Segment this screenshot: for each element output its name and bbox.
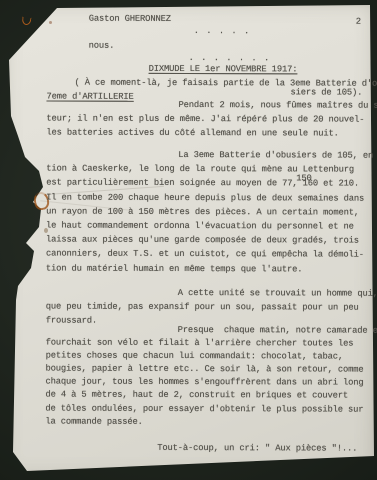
typed-line: de tôles ondulées, pour essayer d'obteni… (45, 402, 374, 416)
typed-line: bougies, papier à lettre etc.. Ce soir l… (46, 363, 375, 377)
paragraph: La 3eme Batterie d'obusiers de 105, en p… (46, 148, 375, 277)
typed-line: tion à Caeskerke, le long de la route qu… (46, 162, 375, 177)
typed-line: la commande passée. (45, 415, 374, 429)
carryover-word: nous. (89, 39, 115, 53)
typed-line: tion du matériel humain en même temps qu… (46, 261, 375, 276)
typed-line: petites choses que chacun lui commandait… (46, 350, 375, 364)
typed-line: que peu timide, pas expansif pour un sou… (46, 300, 375, 315)
author-name: Gaston GHERONNEZ (89, 12, 171, 26)
typed-line: fourchait son vélo et filait à l'arrière… (46, 337, 375, 351)
typed-line: est particulièrement bien soignée au moy… (46, 176, 375, 191)
interlined-correction: 150 (296, 171, 311, 185)
page-number: 2 (356, 15, 361, 29)
typed-line: le haut commandement ordonna l'évacuatio… (46, 219, 375, 234)
typed-line: teur; il n'en est plus de même. J'ai rép… (46, 112, 375, 127)
typed-line: un rayon de 100 à 150 mètres des pièces.… (46, 204, 375, 219)
paragraph: Pendant 2 mois, nous fûmes maîtres du se… (46, 98, 375, 142)
typed-line: laissa aux pièces qu'une garde composée … (46, 233, 375, 248)
separator-dots: . . . . . (194, 24, 251, 38)
typed-line: Pendant 2 mois, nous fûmes maîtres du se… (46, 98, 375, 113)
typed-line: chaque jour, tous les hommes s'engouffrè… (45, 376, 374, 390)
typed-line: Il en tombe 200 chaque heure depuis plus… (46, 190, 375, 205)
typed-line: de 4 à 5 mètres, haut de 2, construit en… (45, 389, 374, 403)
typed-line: canonniers, deux T.S. et un cuistot, ce … (46, 247, 375, 262)
typed-line: La 3eme Batterie d'obusiers de 105, en p… (46, 148, 375, 163)
closing-line: Tout-à-coup, un cri: " Aux pièces "!... (157, 441, 357, 456)
typed-line: A cette unité se trouvait un homme qui, … (46, 286, 375, 301)
typed-line: les batteries actives du côté allemand e… (46, 126, 375, 141)
scan-background: Gaston GHERONNEZ 2 . . . . . nous. . . .… (0, 0, 377, 480)
date-heading: DIXMUDE LE 1er NOVEMBRE 1917: (149, 62, 298, 77)
typed-line: Presque chaque matin, notre camarade en- (46, 324, 375, 338)
paragraph: Presque chaque matin, notre camarade en-… (45, 324, 374, 430)
typewritten-text-layer: Gaston GHERONNEZ 2 . . . . . nous. . . .… (0, 0, 377, 480)
